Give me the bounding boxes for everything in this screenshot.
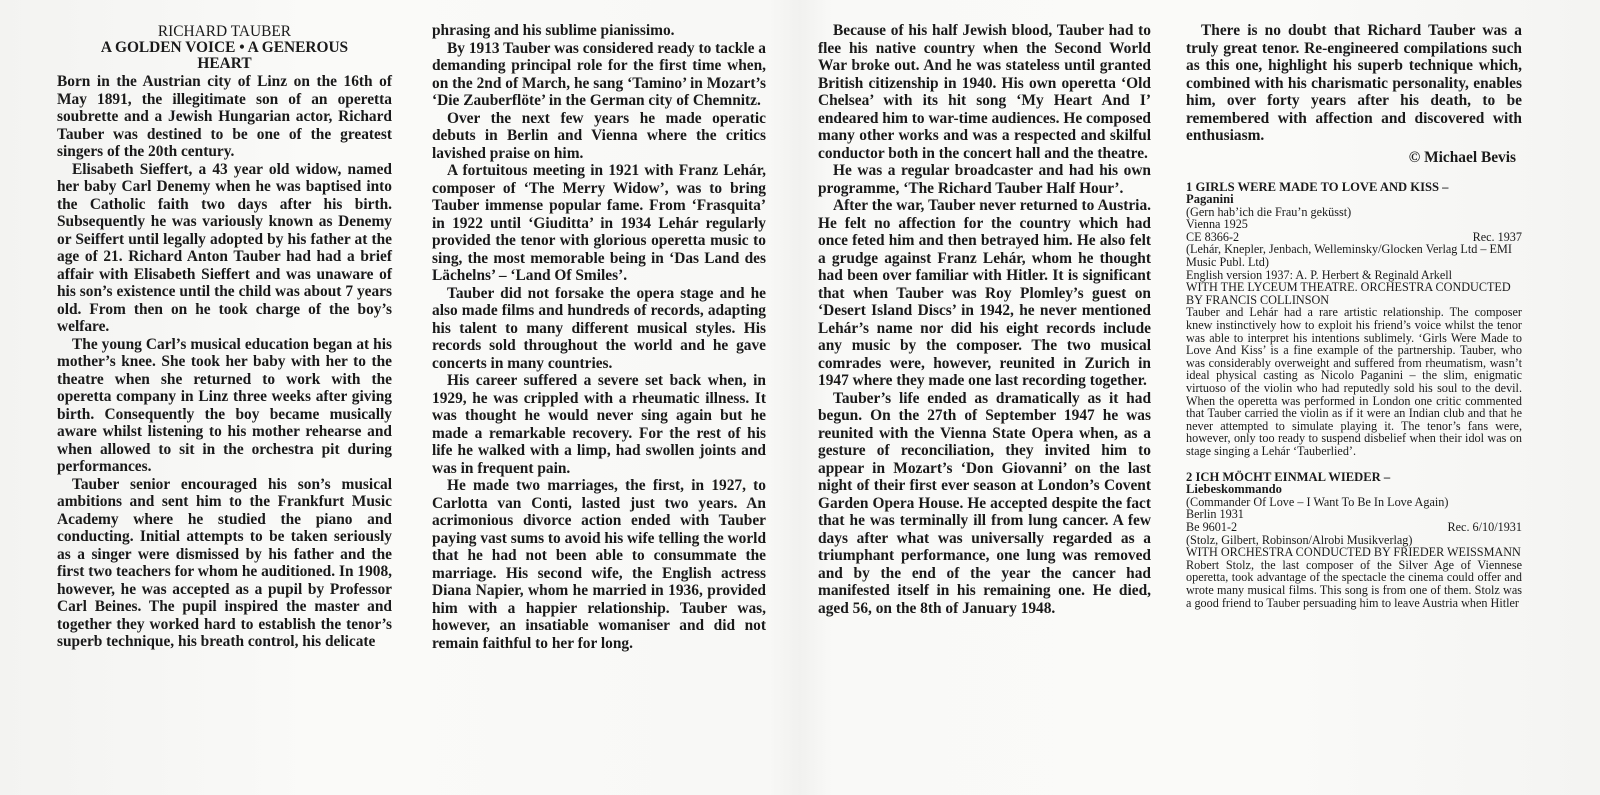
column-4: There is no doubt that Richard Tauber wa…: [1186, 22, 1522, 609]
track-matrix-row: Be 9601-2 Rec. 6/10/1931: [1186, 521, 1522, 534]
paragraph: The young Carl’s musical education began…: [57, 336, 392, 476]
column-2: phrasing and his sublime pianissimo. By …: [432, 22, 766, 652]
paragraph-continuation: phrasing and his sublime pianissimo.: [432, 22, 766, 40]
track-origin: Vienna 1925: [1186, 218, 1522, 231]
track-matrix: Be 9601-2: [1186, 521, 1237, 534]
track-orchestra: WITH ORCHESTRA CONDUCTED BY FRIEDER WEIS…: [1186, 546, 1522, 559]
paragraph: He made two marriages, the first, in 192…: [432, 477, 766, 652]
author-signoff: © Michael Bevis: [1186, 148, 1522, 167]
paragraph: By 1913 Tauber was considered ready to t…: [432, 40, 766, 110]
track-credits: (Lehár, Knepler, Jenbach, Welleminsky/Gl…: [1186, 243, 1522, 268]
column-1-text: Born in the Austrian city of Linz on the…: [57, 73, 392, 651]
track-listing-2: 2 ICH MÖCHT EINMAL WIEDER – Liebeskomman…: [1186, 471, 1522, 610]
title-line-2: A GOLDEN VOICE • A GENEROUS: [57, 40, 392, 56]
booklet-spread: RICHARD TAUBER A GOLDEN VOICE • A GENERO…: [0, 0, 1600, 795]
paragraph: Because of his half Jewish blood, Tauber…: [818, 22, 1151, 162]
track-note: Tauber and Lehár had a rare artistic rel…: [1186, 306, 1522, 457]
track-heading: 1 GIRLS WERE MADE TO LOVE AND KISS –: [1186, 181, 1522, 194]
paragraph: Tauber senior encouraged his son’s music…: [57, 476, 392, 651]
paragraph: A fortuitous meeting in 1921 with Franz …: [432, 162, 766, 285]
track-recorded: Rec. 6/10/1931: [1448, 521, 1522, 534]
paragraph: Tauber did not forsake the opera stage a…: [432, 285, 766, 373]
paragraph: Born in the Austrian city of Linz on the…: [57, 73, 392, 161]
title-line-1: RICHARD TAUBER: [57, 24, 392, 40]
paragraph: There is no doubt that Richard Tauber wa…: [1186, 22, 1522, 145]
paragraph: Over the next few years he made operatic…: [432, 110, 766, 163]
column-2-text: phrasing and his sublime pianissimo. By …: [432, 22, 766, 652]
column-1: RICHARD TAUBER A GOLDEN VOICE • A GENERO…: [57, 24, 392, 651]
paragraph: He was a regular broadcaster and had his…: [818, 162, 1151, 197]
paragraph: After the war, Tauber never returned to …: [818, 197, 1151, 390]
track-subheading: Paganini: [1186, 193, 1522, 206]
track-note: Robert Stolz, the last composer of the S…: [1186, 559, 1522, 609]
article-title: RICHARD TAUBER A GOLDEN VOICE • A GENERO…: [57, 24, 392, 72]
column-3-text: Because of his half Jewish blood, Tauber…: [818, 22, 1151, 617]
paragraph: Elisabeth Sieffert, a 43 year old widow,…: [57, 161, 392, 336]
closing-text: There is no doubt that Richard Tauber wa…: [1186, 22, 1522, 145]
title-line-3: HEART: [57, 56, 392, 72]
paragraph: His career suffered a severe set back wh…: [432, 372, 766, 477]
column-3: Because of his half Jewish blood, Tauber…: [818, 22, 1151, 617]
track-orchestra: WITH THE LYCEUM THEATRE. ORCHESTRA CONDU…: [1186, 281, 1522, 306]
paragraph: Tauber’s life ended as dramatically as i…: [818, 390, 1151, 618]
track-listing-1: 1 GIRLS WERE MADE TO LOVE AND KISS – Pag…: [1186, 181, 1522, 458]
track-subheading: Liebeskommando: [1186, 483, 1522, 496]
